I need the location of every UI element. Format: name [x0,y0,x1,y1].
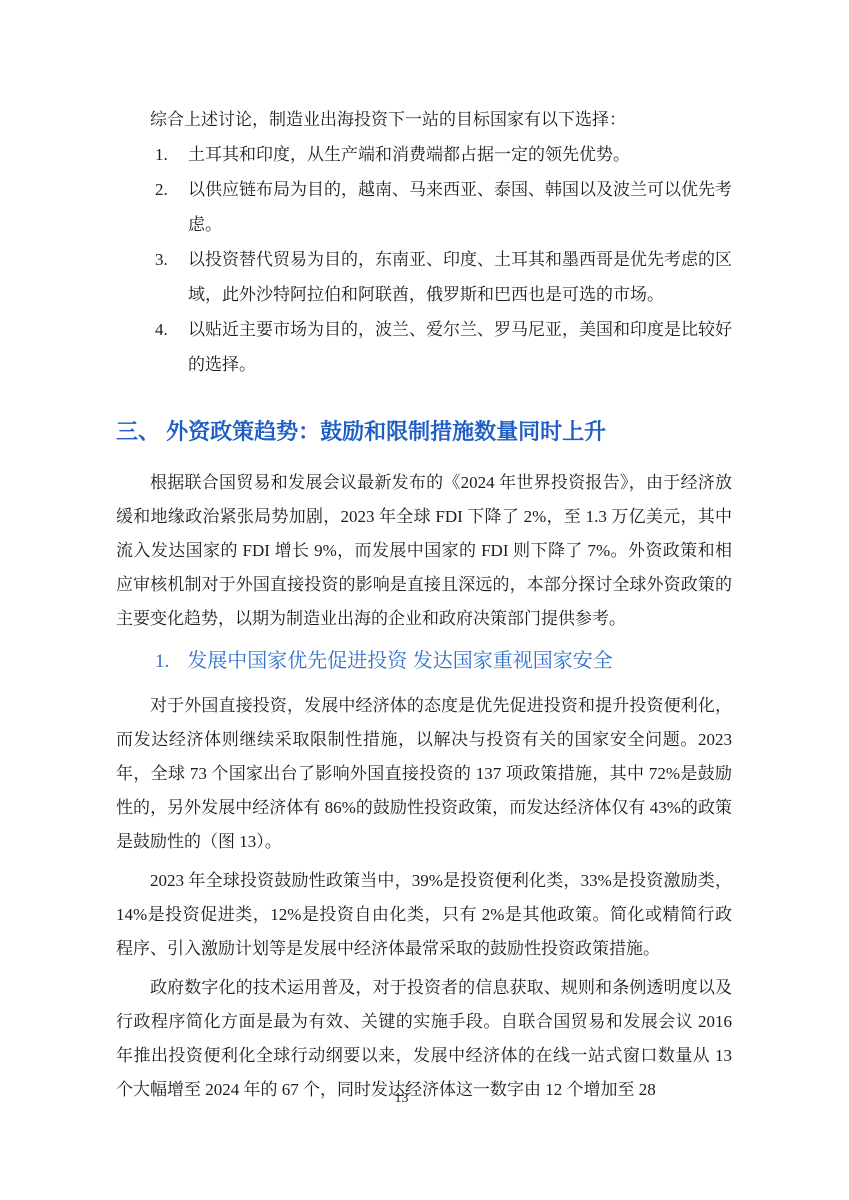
subsection-paragraph-3: 政府数字化的技术运用普及，对于投资者的信息获取、规则和条例透明度以及行政程序简化… [116,971,732,1107]
list-item-text: 以投资替代贸易为目的，东南亚、印度、土耳其和墨西哥是优先考虑的区域，此外沙特阿拉… [188,242,732,312]
document-page: 综合上述讨论，制造业出海投资下一站的目标国家有以下选择： 1. 土耳其和印度，从… [0,0,849,1200]
list-item-text: 以贴近主要市场为目的，波兰、爱尔兰、罗马尼亚，美国和印度是比较好的选择。 [188,312,732,382]
list-item: 2. 以供应链布局为目的，越南、马来西亚、泰国、韩国以及波兰可以优先考虑。 [155,172,732,242]
list-item-text: 土耳其和印度，从生产端和消费端都占据一定的领先优势。 [188,137,732,172]
section-paragraph: 根据联合国贸易和发展会议最新发布的《2024 年世界投资报告》，由于经济放缓和地… [116,466,732,636]
intro-paragraph: 综合上述讨论，制造业出海投资下一站的目标国家有以下选择： [116,102,732,137]
section-heading: 三、 外资政策趋势：鼓励和限制措施数量同时上升 [116,417,732,447]
subsection-paragraph-2: 2023 年全球投资鼓励性政策当中，39%是投资便利化类，33%是投资激励类，1… [116,864,732,966]
subsection-heading: 1. 发展中国家优先促进投资 发达国家重视国家安全 [116,646,732,677]
list-item-number: 4. [155,312,188,347]
list-item-text: 以供应链布局为目的，越南、马来西亚、泰国、韩国以及波兰可以优先考虑。 [188,172,732,242]
subsection-heading-title: 发展中国家优先促进投资 发达国家重视国家安全 [187,650,613,672]
list-item: 1. 土耳其和印度，从生产端和消费端都占据一定的领先优势。 [155,137,732,172]
subsection-heading-number: 1. [155,651,169,672]
list-item-number: 1. [155,137,188,172]
page-content: 综合上述讨论，制造业出海投资下一站的目标国家有以下选择： 1. 土耳其和印度，从… [116,102,732,1112]
page-number: 13 [0,1090,826,1108]
list-item: 4. 以贴近主要市场为目的，波兰、爱尔兰、罗马尼亚，美国和印度是比较好的选择。 [155,312,732,382]
target-country-list: 1. 土耳其和印度，从生产端和消费端都占据一定的领先优势。 2. 以供应链布局为… [155,137,732,382]
list-item-number: 2. [155,172,188,207]
list-item: 3. 以投资替代贸易为目的，东南亚、印度、土耳其和墨西哥是优先考虑的区域，此外沙… [155,242,732,312]
list-item-number: 3. [155,242,188,277]
subsection-paragraph-1: 对于外国直接投资，发展中经济体的态度是优先促进投资和提升投资便利化，而发达经济体… [116,689,732,859]
